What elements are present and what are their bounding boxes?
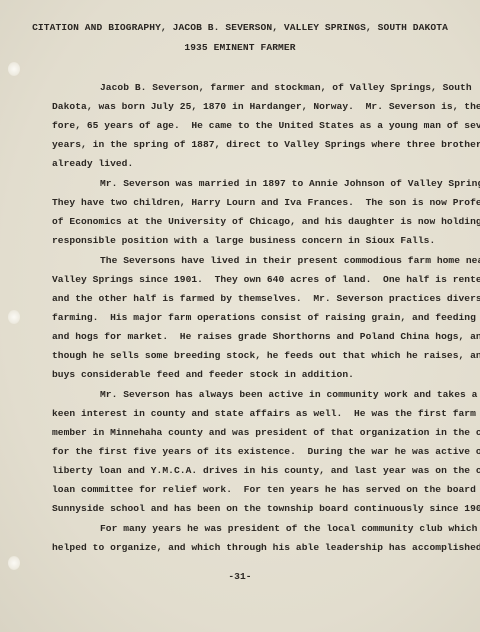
paragraph-line: For many years he was president of the l… bbox=[100, 523, 480, 535]
paragraph-line: They have two children, Harry Lourn and … bbox=[52, 197, 480, 209]
punch-hole bbox=[8, 62, 20, 76]
paragraph-line: farming. His major farm operations consi… bbox=[52, 312, 480, 324]
paragraph-line: and hogs for market. He raises grade Sho… bbox=[52, 331, 480, 343]
paragraph-line: of Economics at the University of Chicag… bbox=[52, 216, 480, 228]
paragraph-line: Dakota, was born July 25, 1870 in Hardan… bbox=[52, 101, 480, 113]
paragraph-line: keen interest in county and state affair… bbox=[52, 408, 480, 420]
paragraph-line: helped to organize, and which through hi… bbox=[52, 542, 480, 554]
paragraph-line: fore, 65 years of age. He came to the Un… bbox=[52, 120, 480, 132]
paragraph-line: Mr. Severson was married in 1897 to Anni… bbox=[100, 178, 480, 190]
paragraph-line: Valley Springs since 1901. They own 640 … bbox=[52, 274, 480, 286]
paragraph-line: years, in the spring of 1887, direct to … bbox=[52, 139, 480, 151]
document-subtitle: 1935 EMINENT FARMER bbox=[0, 42, 480, 54]
paragraph-line: Jacob B. Severson, farmer and stockman, … bbox=[100, 82, 472, 94]
paragraph-line: Sunnyside school and has been on the tow… bbox=[52, 503, 480, 515]
paragraph-line: loan committee for relief work. For ten … bbox=[52, 484, 480, 496]
paragraph-line: Mr. Severson has always been active in c… bbox=[100, 389, 477, 401]
paragraph-line: The Seversons have lived in their presen… bbox=[100, 255, 480, 267]
paragraph-line: already lived. bbox=[52, 158, 133, 170]
paragraph-line: member in Minnehaha county and was presi… bbox=[52, 427, 480, 439]
paragraph-line: responsible position with a large busine… bbox=[52, 235, 435, 247]
paragraph-line: and the other half is farmed by themselv… bbox=[52, 293, 480, 305]
paragraph-line: buys considerable feed and feeder stock … bbox=[52, 369, 354, 381]
paragraph-line: liberty loan and Y.M.C.A. drives in his … bbox=[52, 465, 480, 477]
page-number: -31- bbox=[0, 571, 480, 583]
paragraph-line: for the first five years of its existenc… bbox=[52, 446, 480, 458]
document-title: CITATION AND BIOGRAPHY, JACOB B. SEVERSO… bbox=[0, 22, 480, 34]
punch-hole bbox=[8, 556, 20, 570]
paragraph-line: though he sells some breeding stock, he … bbox=[52, 350, 480, 362]
punch-hole bbox=[8, 310, 20, 324]
document-page: CITATION AND BIOGRAPHY, JACOB B. SEVERSO… bbox=[0, 0, 480, 632]
